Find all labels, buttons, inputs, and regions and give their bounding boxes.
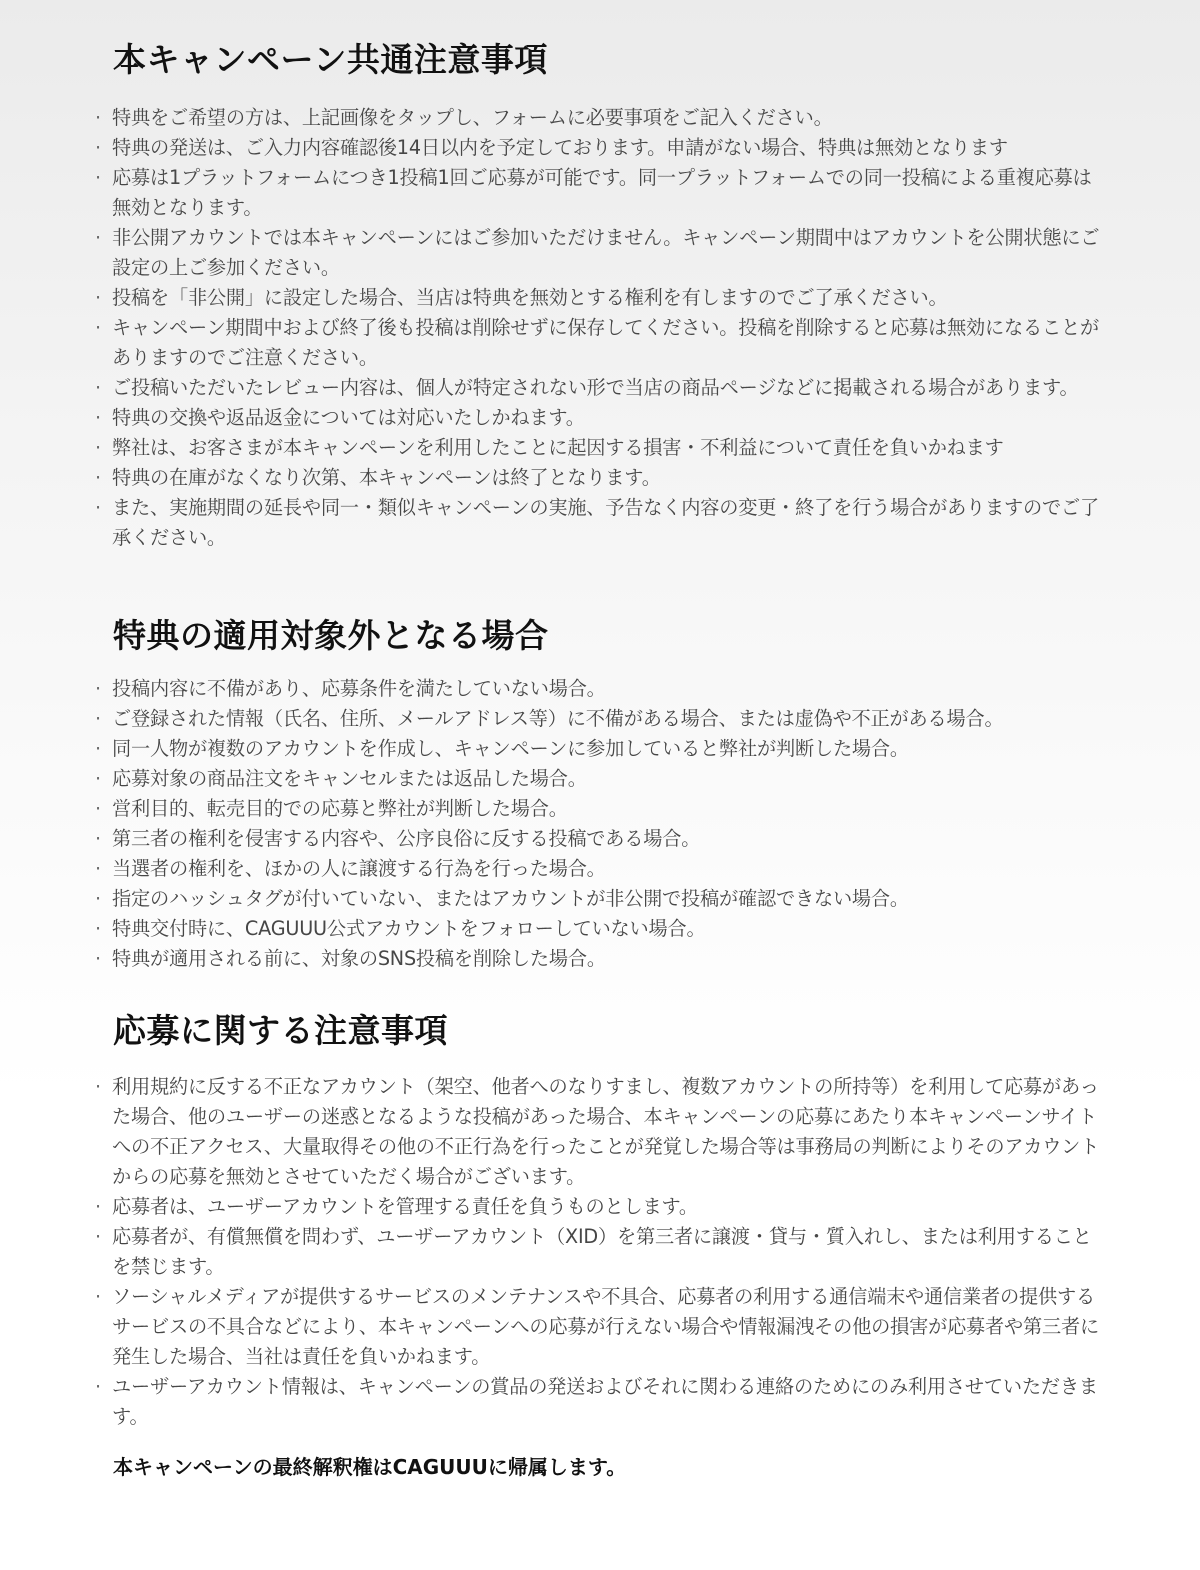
list-item: ·特典をご希望の方は、上記画像をタップし、フォームに必要事項をご記入ください。 [95,103,1105,133]
section-title: 特典の適用対象外となる場合 [95,614,1105,658]
note-text: 応募は1プラットフォームにつき1投稿1回ご応募が可能です。同一プラットフォームで… [112,166,1092,219]
section-ineligible-cases: 特典の適用対象外となる場合 ·投稿内容に不備があり、応募条件を満たしていない場合… [95,614,1105,974]
bullet-dot: · [95,133,112,163]
note-text: ユーザーアカウント情報は、キャンペーンの賞品の発送およびそれに関わる連絡のために… [112,1375,1098,1428]
list-item: ·キャンペーン期間中および終了後も投稿は削除せずに保存してください。投稿を削除す… [95,313,1105,373]
note-text: 第三者の権利を侵害する内容や、公序良俗に反する投稿である場合。 [112,827,700,850]
list-item: ·ご登録された情報（氏名、住所、メールアドレス等）に不備がある場合、または虚偽や… [95,704,1105,734]
note-text: 投稿を「非公開」に設定した場合、当店は特典を無効とする権利を有しますのでご了承く… [112,286,947,309]
final-interpretation-statement: 本キャンペーンの最終解釈権はCAGUUUに帰属します。 [113,1452,626,1482]
list-item: ·同一人物が複数のアカウントを作成し、キャンペーンに参加していると弊社が判断した… [95,734,1105,764]
bullet-dot: · [95,1282,112,1312]
list-item: ·また、実施期間の延長や同一・類似キャンペーンの実施、予告なく内容の変更・終了を… [95,493,1105,553]
bullet-dot: · [95,373,112,403]
list-item: ·弊社は、お客さまが本キャンペーンを利用したことに起因する損害・不利益について責… [95,433,1105,463]
note-text: ご投稿いただいたレビュー内容は、個人が特定されない形で当店の商品ページなどに掲載… [112,376,1078,399]
bullet-dot: · [95,914,112,944]
section-title: 本キャンペーン共通注意事項 [95,38,1105,82]
bullet-dot: · [95,283,112,313]
bullet-dot: · [95,674,112,704]
section-common-notes: 本キャンペーン共通注意事項 ·特典をご希望の方は、上記画像をタップし、フォームに… [95,38,1105,553]
bullet-dot: · [95,1192,112,1222]
note-text: 利用規約に反する不正なアカウント（架空、他者へのなりすまし、複数アカウントの所持… [112,1075,1099,1188]
list-item: ·非公開アカウントでは本キャンペーンにはご参加いただけません。キャンペーン期間中… [95,223,1105,283]
list-item: ·利用規約に反する不正なアカウント（架空、他者へのなりすまし、複数アカウントの所… [95,1072,1105,1192]
bullet-dot: · [95,794,112,824]
note-text: 同一人物が複数のアカウントを作成し、キャンペーンに参加していると弊社が判断した場… [112,737,909,760]
list-item: ·営利目的、転売目的での応募と弊社が判断した場合。 [95,794,1105,824]
bullet-dot: · [95,103,112,133]
section-application-notes: 応募に関する注意事項 ·利用規約に反する不正なアカウント（架空、他者へのなりすま… [95,1009,1105,1432]
list-item: ·特典の発送は、ご入力内容確認後14日以内を予定しております。申請がない場合、特… [95,133,1105,163]
note-text: 投稿内容に不備があり、応募条件を満たしていない場合。 [112,677,606,700]
list-item: ·特典の交換や返品返金については対応いたしかねます。 [95,403,1105,433]
note-text: 弊社は、お客さまが本キャンペーンを利用したことに起因する損害・不利益について責任… [112,436,1004,459]
list-item: ·応募は1プラットフォームにつき1投稿1回ご応募が可能です。同一プラットフォーム… [95,163,1105,223]
bullet-dot: · [95,223,112,253]
bullet-dot: · [95,403,112,433]
bullet-dot: · [95,1222,112,1252]
list-item: ·応募者は、ユーザーアカウントを管理する責任を負うものとします。 [95,1192,1105,1222]
list-item: ·ソーシャルメディアが提供するサービスのメンテナンスや不具合、応募者の利用する通… [95,1282,1105,1372]
note-text: 指定のハッシュタグが付いていない、またはアカウントが非公開で投稿が確認できない場… [112,887,909,910]
bullet-dot: · [95,1072,112,1102]
bullet-dot: · [95,163,112,193]
bullet-dot: · [95,944,112,974]
list-item: ·特典の在庫がなくなり次第、本キャンペーンは終了となります。 [95,463,1105,493]
bullet-dot: · [95,734,112,764]
bullet-dot: · [95,824,112,854]
note-text: キャンペーン期間中および終了後も投稿は削除せずに保存してください。投稿を削除する… [112,316,1099,369]
note-text: 応募者が、有償無償を問わず、ユーザーアカウント（XID）を第三者に譲渡・貸与・質… [112,1225,1092,1278]
note-text: 応募者は、ユーザーアカウントを管理する責任を負うものとします。 [112,1195,698,1218]
notes-list: ·利用規約に反する不正なアカウント（架空、他者へのなりすまし、複数アカウントの所… [95,1072,1105,1432]
bullet-dot: · [95,313,112,343]
section-title: 応募に関する注意事項 [95,1009,1105,1053]
bullet-dot: · [95,704,112,734]
bullet-dot: · [95,854,112,884]
note-text: 当選者の権利を、ほかの人に譲渡する行為を行った場合。 [112,857,606,880]
note-text: 特典の在庫がなくなり次第、本キャンペーンは終了となります。 [112,466,661,489]
list-item: ·特典交付時に、CAGUUU公式アカウントをフォローしていない場合。 [95,914,1105,944]
bullet-dot: · [95,884,112,914]
note-text: ご登録された情報（氏名、住所、メールアドレス等）に不備がある場合、または虚偽や不… [112,707,1003,730]
note-text: 特典の発送は、ご入力内容確認後14日以内を予定しております。申請がない場合、特典… [112,136,1008,159]
notes-list: ·特典をご希望の方は、上記画像をタップし、フォームに必要事項をご記入ください。 … [95,103,1105,553]
note-text: 特典をご希望の方は、上記画像をタップし、フォームに必要事項をご記入ください。 [112,106,833,129]
note-text: 非公開アカウントでは本キャンペーンにはご参加いただけません。キャンペーン期間中は… [112,226,1099,279]
list-item: ·投稿内容に不備があり、応募条件を満たしていない場合。 [95,674,1105,704]
list-item: ·ユーザーアカウント情報は、キャンペーンの賞品の発送およびそれに関わる連絡のため… [95,1372,1105,1432]
list-item: ·当選者の権利を、ほかの人に譲渡する行為を行った場合。 [95,854,1105,884]
list-item: ·ご投稿いただいたレビュー内容は、個人が特定されない形で当店の商品ページなどに掲… [95,373,1105,403]
list-item: ·第三者の権利を侵害する内容や、公序良俗に反する投稿である場合。 [95,824,1105,854]
note-text: 応募対象の商品注文をキャンセルまたは返品した場合。 [112,767,587,790]
bullet-dot: · [95,433,112,463]
bullet-dot: · [95,463,112,493]
note-text: 特典交付時に、CAGUUU公式アカウントをフォローしていない場合。 [112,917,706,940]
note-text: ソーシャルメディアが提供するサービスのメンテナンスや不具合、応募者の利用する通信… [112,1285,1099,1368]
notes-list: ·投稿内容に不備があり、応募条件を満たしていない場合。 ·ご登録された情報（氏名… [95,674,1105,974]
list-item: ·応募者が、有償無償を問わず、ユーザーアカウント（XID）を第三者に譲渡・貸与・… [95,1222,1105,1282]
list-item: ·応募対象の商品注文をキャンセルまたは返品した場合。 [95,764,1105,794]
list-item: ·特典が適用される前に、対象のSNS投稿を削除した場合。 [95,944,1105,974]
bullet-dot: · [95,1372,112,1402]
list-item: ·指定のハッシュタグが付いていない、またはアカウントが非公開で投稿が確認できない… [95,884,1105,914]
note-text: 特典の交換や返品返金については対応いたしかねます。 [112,406,585,429]
bullet-dot: · [95,493,112,523]
note-text: 特典が適用される前に、対象のSNS投稿を削除した場合。 [112,947,606,970]
note-text: また、実施期間の延長や同一・類似キャンペーンの実施、予告なく内容の変更・終了を行… [112,496,1099,549]
list-item: ·投稿を「非公開」に設定した場合、当店は特典を無効とする権利を有しますのでご了承… [95,283,1105,313]
note-text: 営利目的、転売目的での応募と弊社が判断した場合。 [112,797,568,820]
bullet-dot: · [95,764,112,794]
